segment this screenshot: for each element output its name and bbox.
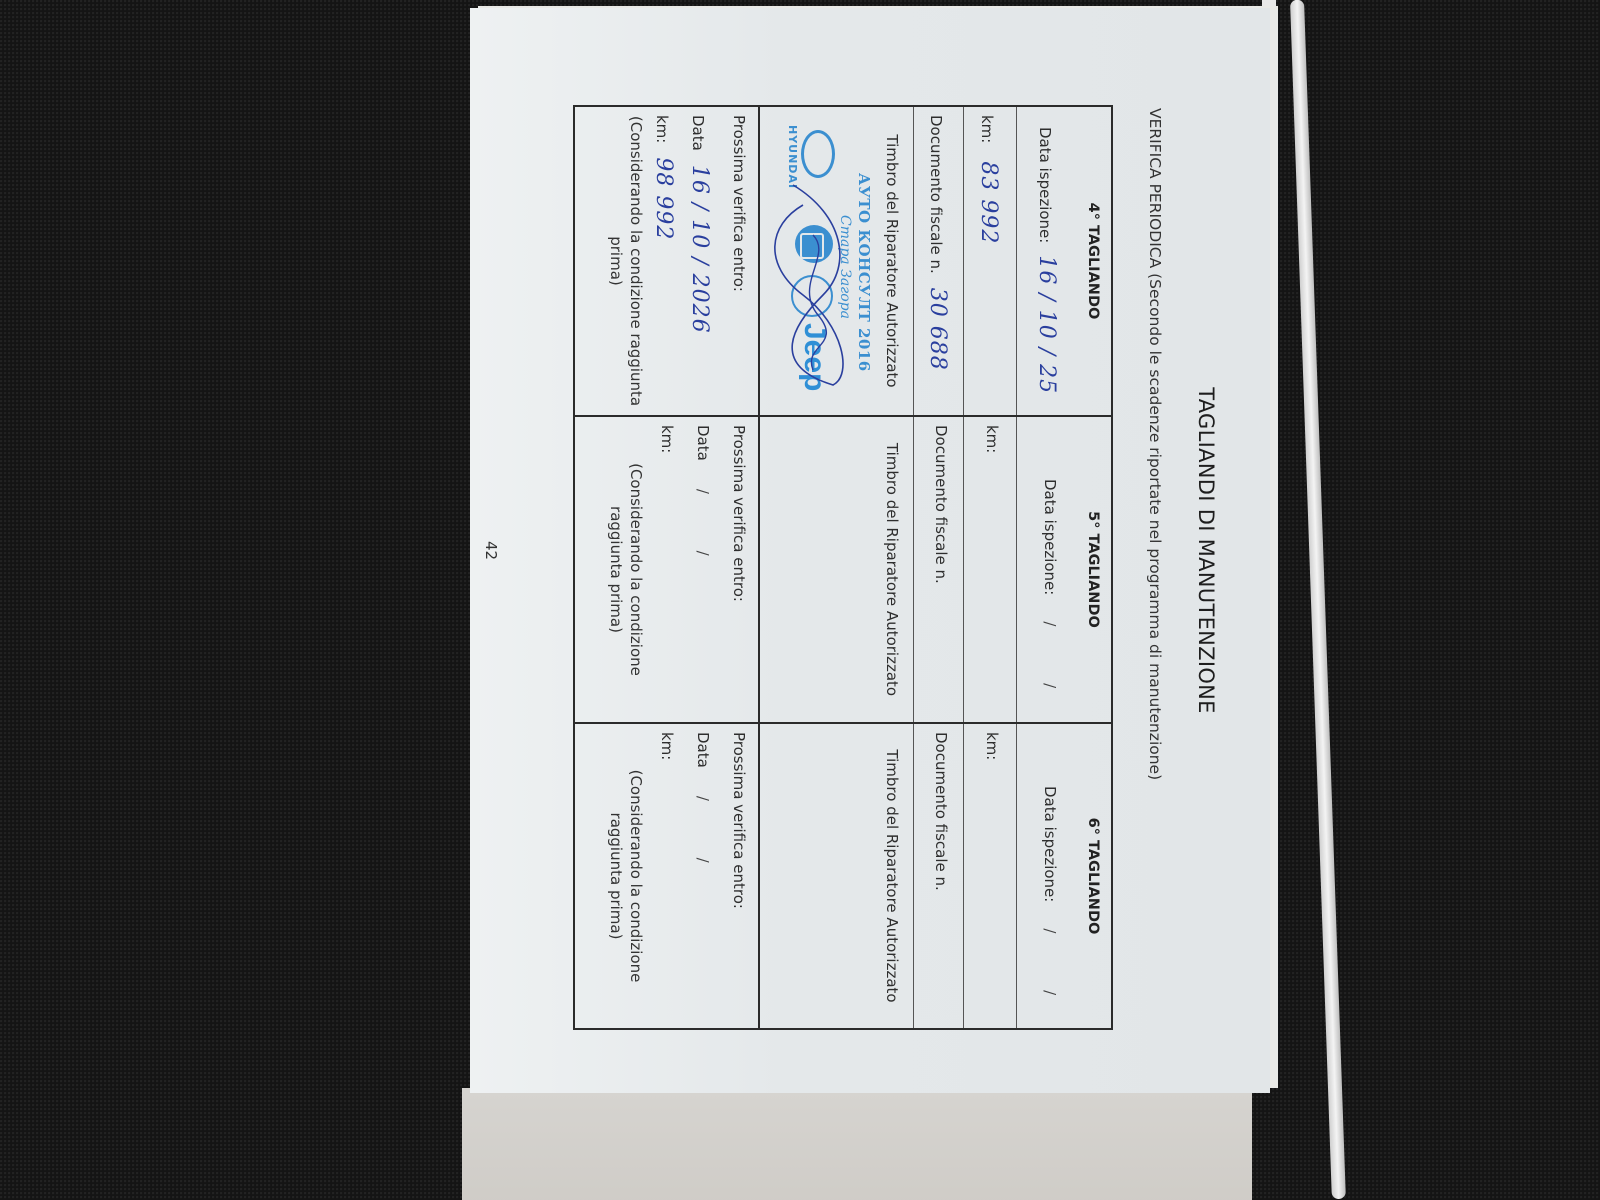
dealer-stamp: АУТО КОНСУЛТ 2016 Стара Загора HYUNDAI J…: [763, 125, 873, 405]
next-date-value: 16 / 10 / 2026: [687, 165, 712, 334]
signature-icon: [763, 175, 863, 395]
next-check-label: Prossima verifica entro:: [730, 115, 748, 292]
next-check-label: Prossima verifica entro:: [730, 732, 748, 909]
fiscal-doc-cell: Documento fiscale n.: [913, 724, 963, 1028]
next-date-label: Data: [694, 732, 712, 768]
service-name: 5° TAGLIANDO: [1085, 417, 1101, 722]
service-name: 6° TAGLIANDO: [1085, 724, 1101, 1028]
inspection-date-label: Data ispezione:: [1041, 479, 1059, 595]
fiscal-doc-value: 30 688: [925, 288, 950, 371]
fiscal-doc-label: Documento fiscale n.: [932, 732, 950, 891]
page-title: TAGLIANDI DI MANUTENZIONE: [1194, 8, 1218, 1093]
next-km-label: km:: [658, 732, 676, 760]
km-cell: km:: [963, 724, 1016, 1028]
fiscal-doc-cell: Documento fiscale n.: [913, 417, 963, 722]
next-date-label: Data: [689, 115, 707, 151]
page-number: 42: [482, 8, 500, 1093]
inspection-date-label: Data ispezione:: [1036, 127, 1054, 243]
km-cell: km:: [963, 417, 1016, 722]
km-label: km:: [978, 115, 996, 143]
bookmark-string: [1290, 0, 1346, 1199]
fiscal-doc-label: Documento fiscale n.: [927, 115, 945, 274]
next-check-cell: Prossima verifica entro: Data / / km: (C…: [575, 724, 758, 1028]
next-check-cell: Prossima verifica entro: Data 16 / 10 / …: [575, 107, 758, 415]
next-check-note: (Considerando la condizione raggiunta pr…: [606, 115, 646, 407]
stamp-cell: Timbro del Riparatore Autorizzato: [758, 417, 913, 722]
stamp-label: Timbro del Riparatore Autorizzato: [883, 417, 901, 722]
next-km-value: 98 992: [651, 157, 676, 240]
km-value: 83 992: [976, 161, 1001, 244]
header-cell: 4° TAGLIANDO Data ispezione: 16 / 10 / 2…: [1016, 107, 1111, 415]
fiscal-doc-cell: Documento fiscale n. 30 688: [913, 107, 963, 415]
next-check-label: Prossima verifica entro:: [730, 425, 748, 602]
km-label: km:: [983, 425, 1001, 453]
km-cell: km: 83 992: [963, 107, 1016, 415]
next-date-blank: / /: [694, 489, 712, 582]
booklet-page-rotated: TAGLIANDI DI MANUTENZIONE VERIFICA PERIO…: [470, 8, 1270, 1093]
booklet-page: TAGLIANDI DI MANUTENZIONE VERIFICA PERIO…: [470, 8, 1270, 1093]
inspection-date-value: 16 / 10 / 25: [1034, 255, 1059, 394]
next-date-label: Data: [694, 425, 712, 461]
inspection-date-blank: / /: [1041, 621, 1059, 714]
page-subtitle: VERIFICA PERIODICA (Secondo le scadenze …: [1146, 108, 1164, 780]
next-check-cell: Prossima verifica entro: Data / / km: (C…: [575, 417, 758, 722]
header-cell: 5° TAGLIANDO Data ispezione: / /: [1016, 417, 1111, 722]
service-column-5: 5° TAGLIANDO Data ispezione: / / km: Doc…: [575, 415, 1111, 722]
service-column-4: 4° TAGLIANDO Data ispezione: 16 / 10 / 2…: [575, 107, 1111, 415]
next-km-label: km:: [653, 115, 671, 143]
next-km-label: km:: [658, 425, 676, 453]
facing-page: [462, 1088, 1252, 1200]
stamp-cell: Timbro del Riparatore Autorizzato: [758, 724, 913, 1028]
stamp-cell: Timbro del Riparatore Autorizzato АУТО К…: [758, 107, 913, 415]
inspection-date-blank: / /: [1041, 928, 1059, 1021]
fiscal-doc-label: Documento fiscale n.: [932, 425, 950, 584]
service-name: 4° TAGLIANDO: [1085, 107, 1101, 415]
stamp-label: Timbro del Riparatore Autorizzato: [883, 724, 901, 1028]
maintenance-table: 4° TAGLIANDO Data ispezione: 16 / 10 / 2…: [573, 105, 1113, 1030]
inspection-date-label: Data ispezione:: [1041, 786, 1059, 902]
header-cell: 6° TAGLIANDO Data ispezione: / /: [1016, 724, 1111, 1028]
next-check-note: (Considerando la condizione raggiunta pr…: [606, 425, 646, 714]
km-label: km:: [983, 732, 1001, 760]
next-date-blank: / /: [694, 796, 712, 889]
stamp-label: Timbro del Riparatore Autorizzato: [883, 107, 901, 415]
service-column-6: 6° TAGLIANDO Data ispezione: / / km: Doc…: [575, 722, 1111, 1028]
next-check-note: (Considerando la condizione raggiunta pr…: [606, 732, 646, 1020]
hyundai-logo-icon: [801, 130, 835, 178]
